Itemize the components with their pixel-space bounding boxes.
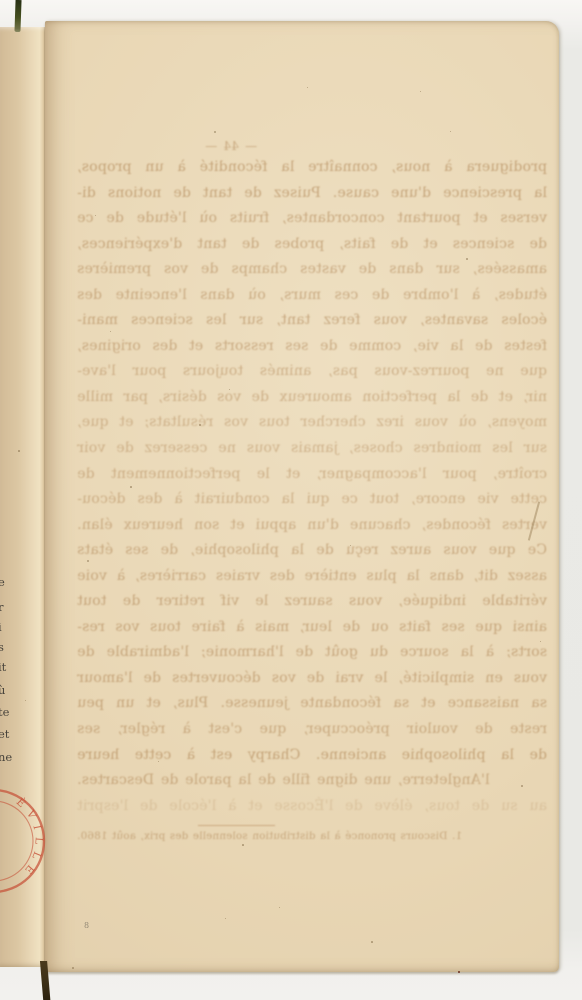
book-scan: — 44 — prodiguera à nous, connaître la f…: [0, 0, 582, 1000]
showthrough-line: de la philosophie ancienne. Charpy est à…: [77, 743, 547, 769]
svg-text:ÈVILLE: ÈVILLE: [14, 795, 45, 882]
speck: [458, 971, 460, 973]
showthrough-lines: prodiguera à nous, connaître la fécondit…: [77, 155, 547, 819]
showthrough-line: vertes fécondes, chacune d'un appui et s…: [77, 513, 547, 539]
showthrough-line: vous en simplicité, le vrai de vos décou…: [77, 666, 547, 692]
speck: [199, 424, 201, 426]
library-stamp-icon: ÈVILLE: [0, 782, 56, 900]
speck: [87, 560, 89, 562]
showthrough-line: reste de vouloir préoccuper, que c'est à…: [77, 717, 547, 743]
bookmark-ribbon-top: [14, 0, 21, 32]
showthrough-line: sur les moindres choses, jamais vous ne …: [77, 436, 547, 462]
showthrough-line: prodiguera à nous, connaître la fécondit…: [77, 155, 547, 181]
speck: [18, 450, 20, 452]
edge-letter: et: [0, 728, 12, 740]
showthrough-line: assez dit, dans la plus entière des vrai…: [77, 564, 547, 590]
showthrough-line: véritable indiquée, vous saurez le vif r…: [77, 589, 547, 615]
showthrough-line: ainsi que ses faits ou de leur, mais à f…: [77, 615, 547, 641]
showthrough-line: la prescience d'une cause. Puisez de tan…: [77, 181, 547, 207]
speck: [371, 941, 373, 943]
showthrough-line: amassées, sur dans de vastes champs de v…: [77, 257, 547, 283]
showthrough-line: cette vie encore, tout ce qui la conduir…: [77, 487, 547, 513]
showthrough-footnote: 1. Discours prononcé à la distribution s…: [77, 830, 547, 843]
tiny-page-mark: 8: [84, 921, 89, 930]
showthrough-line: écoles savantes, vous ferez tant, sur le…: [77, 308, 547, 334]
speck: [130, 486, 132, 488]
speck: [242, 844, 244, 846]
footnote-separator-rule: [198, 825, 275, 826]
showthrough-line: sorts; à la source du goût de l'harmonie…: [77, 640, 547, 666]
edge-letter: te: [0, 706, 12, 718]
showthrough-line: verses et pourtant concordantes, fruits …: [77, 206, 547, 232]
showthrough-line: de sciences et de faits, probes de tant …: [77, 232, 547, 258]
stamp-arc-text: ÈVILLE: [14, 795, 45, 882]
showthrough-line: festes de la vie, comme de ses ressorts …: [77, 334, 547, 360]
speck: [521, 785, 523, 787]
speck: [214, 131, 216, 133]
showthrough-line: sa naissance et sa fécondante jeunesse. …: [77, 691, 547, 717]
showthrough-line: Ce que vous aurez reçu de la philosophie…: [77, 538, 547, 564]
showthrough-text-block: — 44 — prodiguera à nous, connaître la f…: [77, 137, 547, 843]
showthrough-line: que ne pourrez-vous pas, animés toujours…: [77, 359, 547, 385]
speck: [466, 258, 468, 260]
showthrough-line: études, à l'ombre de ces murs, où dans l…: [77, 283, 547, 309]
edge-letter: it: [0, 661, 12, 673]
showthrough-line: moyens, où vous irez chercher tous vos r…: [77, 410, 547, 436]
showthrough-line: nir, et de la perfection amoureux de vos…: [77, 385, 547, 411]
showthrough-page-number: — 44 —: [77, 137, 547, 155]
speck: [72, 967, 74, 969]
showthrough-line: croître, pour l'accompagner, et le perfe…: [77, 462, 547, 488]
edge-letter: i: [0, 621, 12, 633]
edge-letter: e: [0, 576, 12, 588]
edge-letter: ù: [0, 684, 12, 696]
showthrough-line: l'Angleterre, une digne fille de la paro…: [77, 768, 547, 794]
edge-letter: r: [0, 601, 12, 613]
edge-letter: s: [0, 641, 12, 653]
showthrough-line: au su de tous, élève de l'Écosse et à l'…: [77, 794, 547, 820]
edge-letter: ne: [0, 751, 12, 763]
